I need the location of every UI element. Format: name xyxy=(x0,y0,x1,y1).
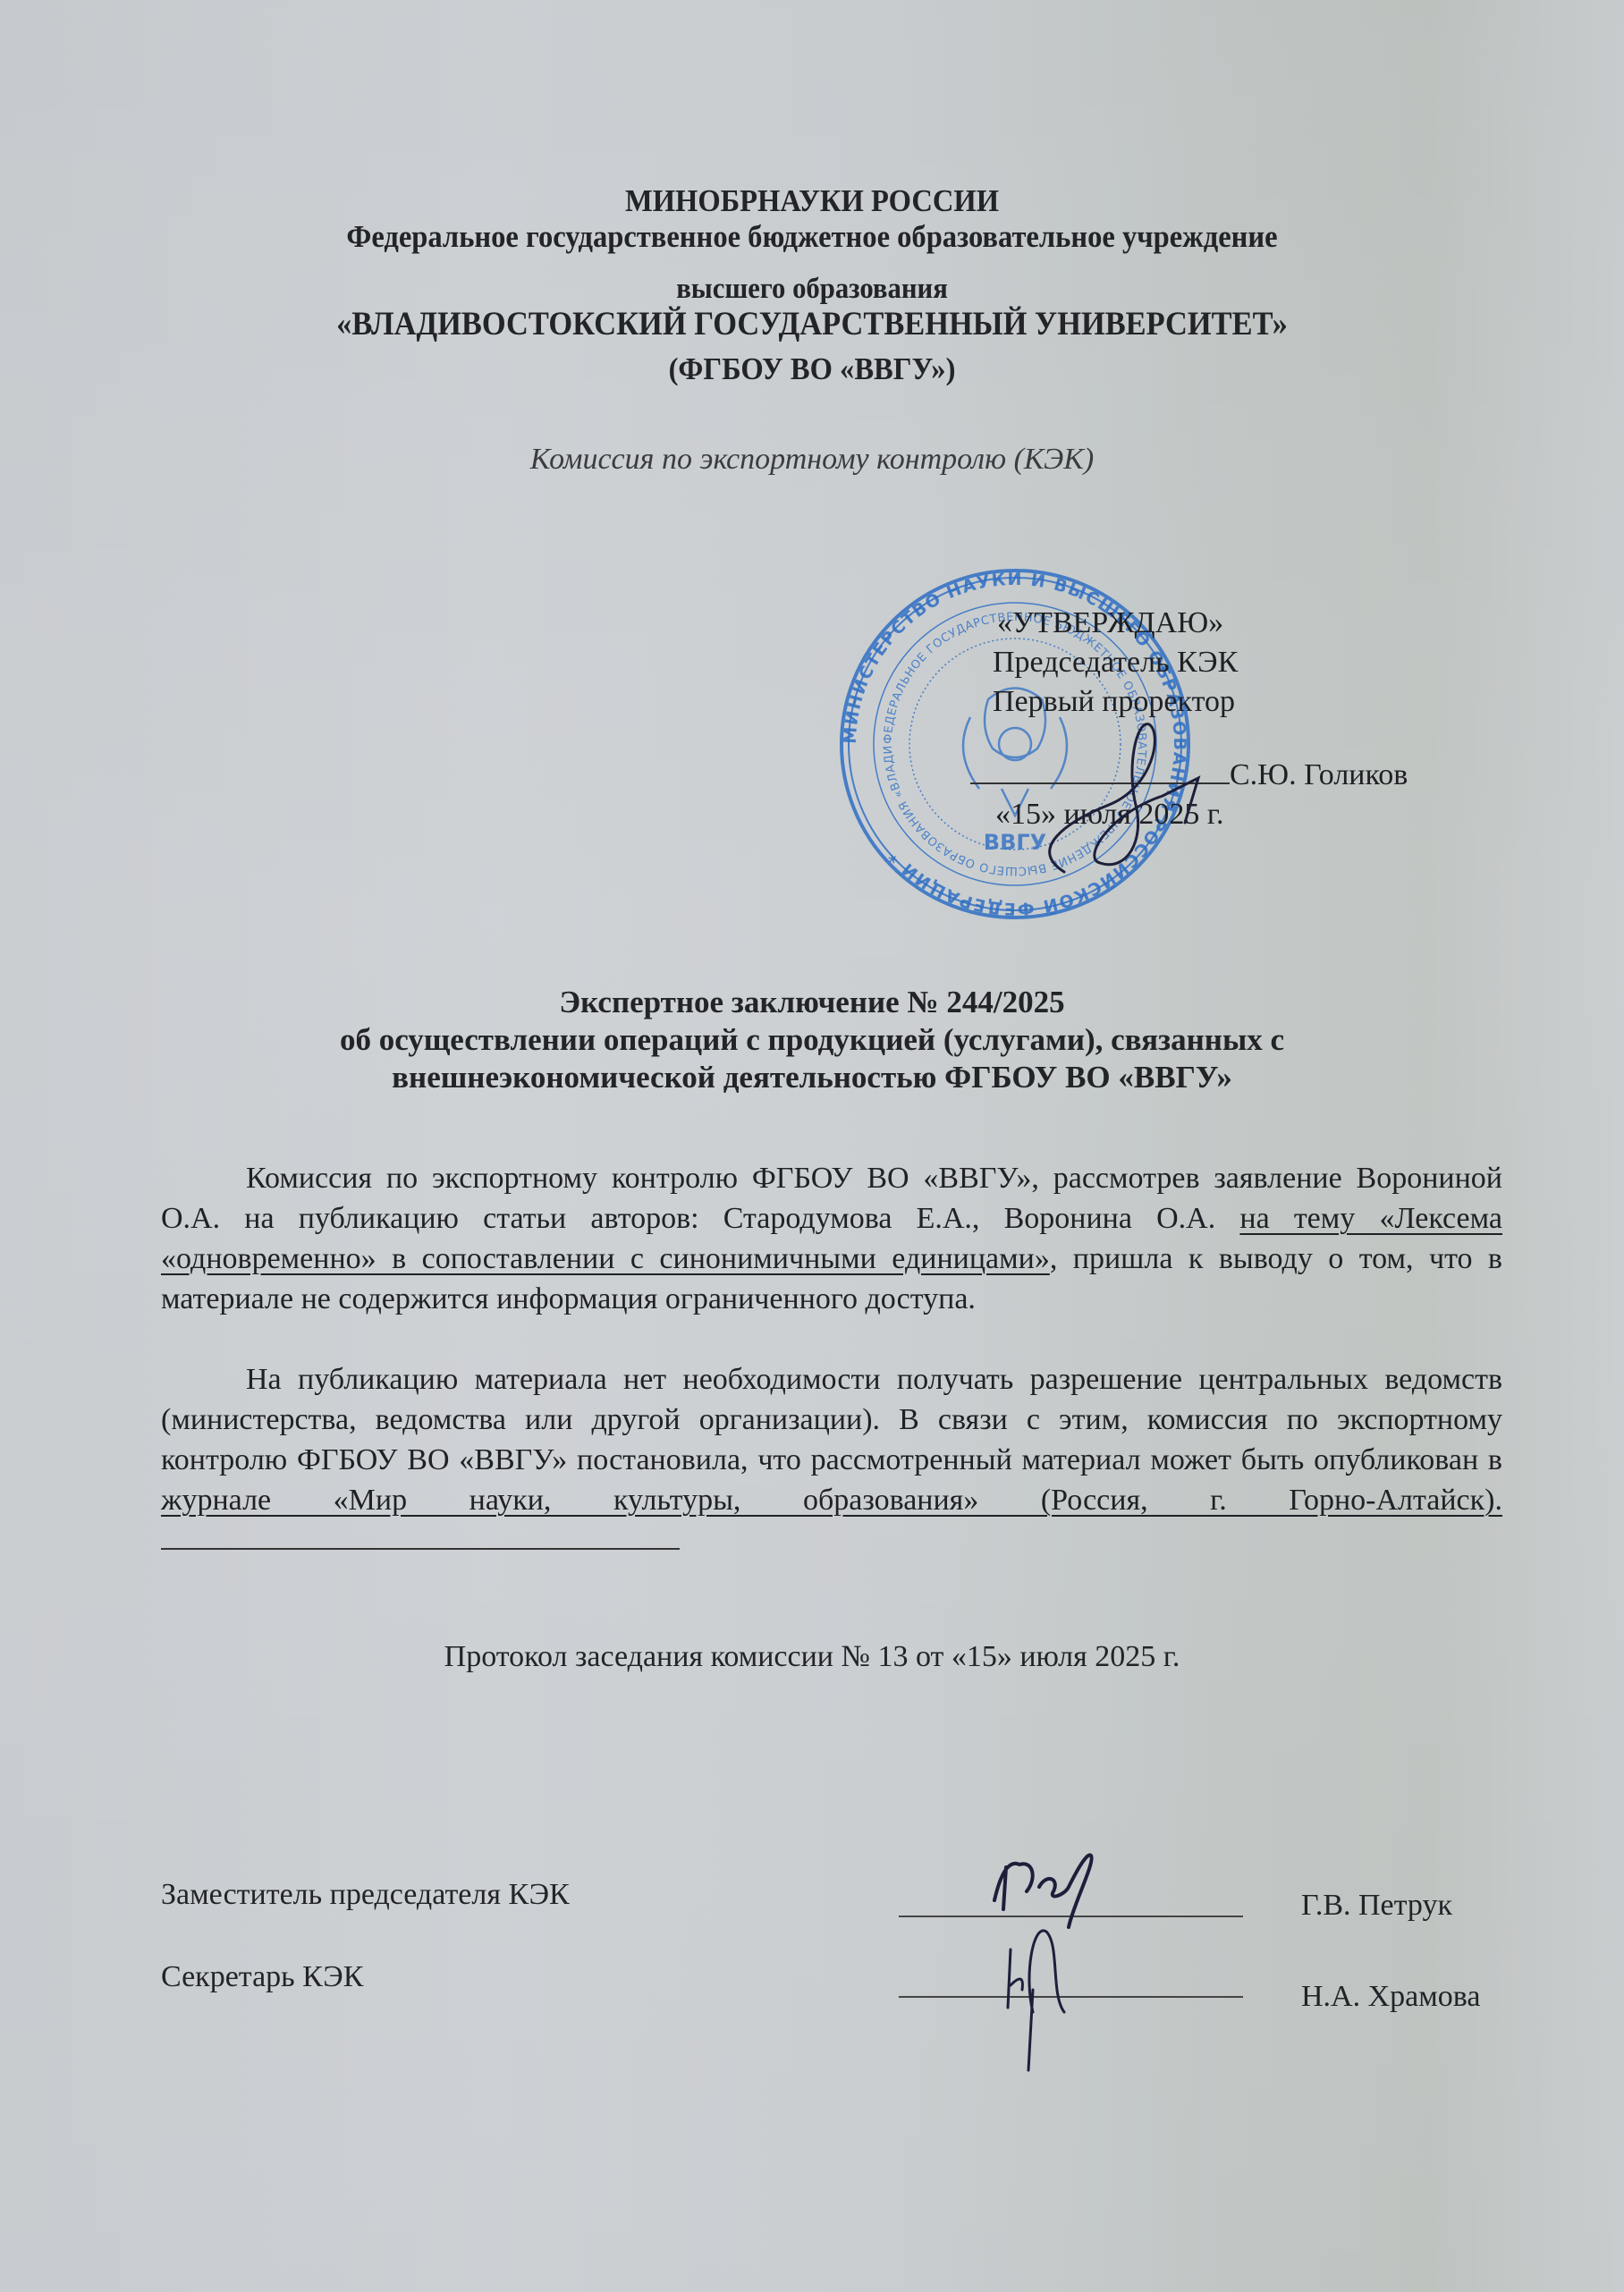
title-line-2: об осуществлении операций с продукцией (… xyxy=(0,1021,1624,1059)
approver-name: С.Ю. Голиков xyxy=(1230,758,1408,791)
approver-position-2: Первый проректор xyxy=(970,682,1408,722)
approve-label: «УТВЕРЖДАЮ» xyxy=(970,604,1408,643)
signatory-role: Заместитель председателя КЭК xyxy=(161,1878,570,1912)
university-name: «ВЛАДИВОСТОКСКИЙ ГОСУДАРСТВЕННЫЙ УНИВЕРС… xyxy=(57,307,1568,343)
university-abbreviation: (ФГБОУ ВО «ВВГУ») xyxy=(57,351,1568,387)
institution-line-1: Федеральное государственное бюджетное об… xyxy=(57,219,1568,255)
signatory-name: Г.В. Петрук xyxy=(1301,1889,1452,1923)
document-title: Экспертное заключение № 244/2025 об осущ… xyxy=(0,984,1624,1096)
approver-signature-line xyxy=(970,782,1230,784)
signature-line xyxy=(899,1916,1243,1917)
journal-name: журнале «Мир науки, культуры, образовани… xyxy=(161,1484,1502,1517)
title-line-3: внешнеэкономической деятельностью ФГБОУ … xyxy=(0,1059,1624,1096)
body-p2-text: На публикацию материала нет необходимост… xyxy=(161,1363,1502,1476)
signatory-name: Н.А. Храмова xyxy=(1301,1980,1480,2014)
institution-line-2: высшего образования xyxy=(57,271,1568,307)
fill-line xyxy=(161,1548,680,1550)
ministry-heading: МИНОБРНАУКИ РОССИИ xyxy=(57,183,1568,219)
approval-block: «УТВЕРЖДАЮ» Председатель КЭК Первый прор… xyxy=(970,604,1408,834)
signatory-role: Секретарь КЭК xyxy=(161,1960,363,1994)
signature-row-secretary: Секретарь КЭК Н.А. Храмова xyxy=(161,1960,1508,2014)
body-paragraph-1: Комиссия по экспортному контролю ФГБОУ В… xyxy=(161,1158,1502,1319)
approver-position-1: Председатель КЭК xyxy=(970,643,1408,682)
paper-background xyxy=(0,0,1624,2292)
protocol-reference: Протокол заседания комиссии № 13 от «15»… xyxy=(0,1640,1624,1674)
approval-date: «15» июля 2025 г. xyxy=(970,795,1408,834)
signature-row-deputy: Заместитель председателя КЭК Г.В. Петрук xyxy=(161,1878,1508,1932)
body-paragraph-2: На публикацию материала нет необходимост… xyxy=(161,1359,1502,1560)
commission-subtitle: Комиссия по экспортному контролю (КЭК) xyxy=(0,443,1624,477)
signature-line xyxy=(899,1996,1243,1998)
title-line-1: Экспертное заключение № 244/2025 xyxy=(0,984,1624,1021)
